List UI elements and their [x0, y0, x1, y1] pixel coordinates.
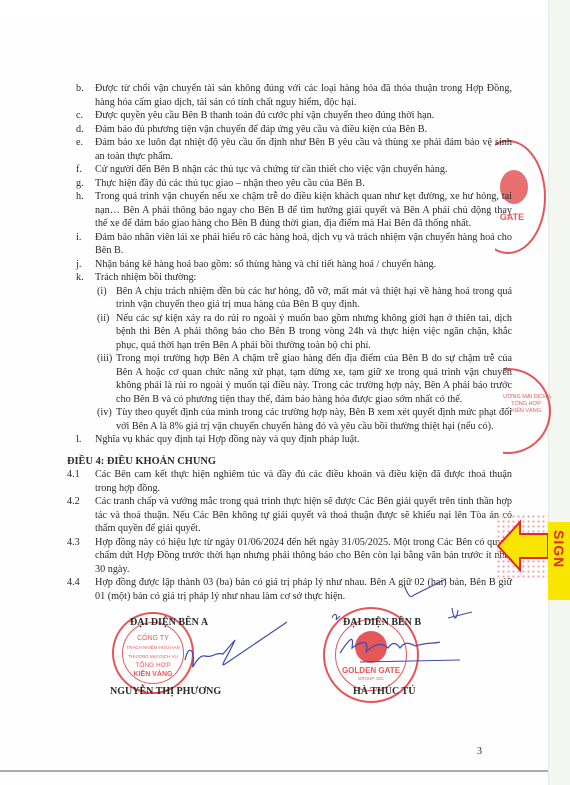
- item-label: (iii): [97, 352, 116, 406]
- clause-item: 4.3Hợp đồng này có hiệu lực từ ngày 01/0…: [67, 536, 512, 577]
- sign-here-tab[interactable]: SIGN: [548, 522, 570, 600]
- item-text: Hợp đồng này có hiệu lực từ ngày 01/06/2…: [95, 536, 512, 577]
- list-item: f.Cử người đến Bên B nhận các thủ tục và…: [76, 163, 512, 177]
- item-label: (iv): [97, 406, 116, 433]
- compensation-item: (ii)Nếu các sự kiện xảy ra do rủi ro ngo…: [97, 312, 512, 353]
- compensation-item: (iii)Trong mọi trường hợp Bên A chậm trễ…: [97, 352, 512, 406]
- item-label: 4.3: [67, 536, 95, 577]
- compensation-list: (i)Bên A chịu trách nhiệm đền bù các hư …: [76, 285, 512, 434]
- signature-party-b: [330, 598, 480, 678]
- item-text: Các Bên cam kết thực hiện nghiêm túc và …: [95, 468, 512, 495]
- item-label: e.: [76, 136, 95, 163]
- item-label: b.: [76, 82, 95, 109]
- item-label: g.: [76, 177, 95, 191]
- item-text: Được quyền yêu cầu Bên B thanh toán đủ c…: [95, 109, 512, 123]
- item-text: Trách nhiệm bồi thường:: [95, 271, 512, 285]
- item-label: 4.1: [67, 468, 95, 495]
- item-label: c.: [76, 109, 95, 123]
- item-label: h.: [76, 190, 95, 231]
- item-label: 4.4: [67, 576, 95, 603]
- scan-margin: [0, 0, 570, 40]
- item-text: Tùy theo quyết định của mình trong các t…: [116, 406, 512, 433]
- item-label: 4.2: [67, 495, 95, 536]
- signature-party-a: [175, 612, 295, 687]
- list-item: c.Được quyền yêu cầu Bên B thanh toán đủ…: [76, 109, 512, 123]
- item-label: d.: [76, 123, 95, 137]
- item-text: Bên A chịu trách nhiệm đền bù các hư hỏn…: [116, 285, 512, 312]
- list-item: b.Được từ chối vận chuyển tài sản không …: [76, 82, 512, 109]
- item-label: i.: [76, 231, 95, 258]
- list-item: l. Nghĩa vụ khác quy định tại Hợp đồng n…: [76, 433, 512, 447]
- item-label: j.: [76, 258, 95, 272]
- item-text: Đảm bảo nhân viên lái xe phải hiểu rõ cá…: [95, 231, 512, 258]
- item-text: Thực hiện đầy đủ các thủ tục giao – nhận…: [95, 177, 512, 191]
- item-text: Nếu các sự kiện xảy ra do rủi ro ngoài ý…: [116, 312, 512, 353]
- arrow-left-icon: [496, 514, 548, 578]
- clause-item: 4.2Các tranh chấp và vướng mắc trong quá…: [67, 495, 512, 536]
- compensation-item: (i)Bên A chịu trách nhiệm đền bù các hư …: [97, 285, 512, 312]
- item-label: k.: [76, 271, 95, 285]
- initial-mark: [400, 575, 450, 605]
- item-label: l.: [76, 433, 95, 447]
- page-edge: [548, 0, 570, 785]
- item-text: Nhận bảng kê hàng hoá bao gồm: số thùng …: [95, 258, 512, 272]
- contract-body: b.Được từ chối vận chuyển tài sản không …: [76, 82, 512, 603]
- item-text: Đảm bảo đủ phương tiện vận chuyển để đáp…: [95, 123, 512, 137]
- list-item: j.Nhận bảng kê hàng hoá bao gồm: số thùn…: [76, 258, 512, 272]
- item-label: f.: [76, 163, 95, 177]
- item-label: (ii): [97, 312, 116, 353]
- list-item: e.Đảm bảo xe luôn đạt nhiệt độ yêu cầu ổ…: [76, 136, 512, 163]
- sign-here-arrow-area: [496, 514, 548, 578]
- list-item: k.Trách nhiệm bồi thường:: [76, 271, 512, 285]
- clause-item: 4.1Các Bên cam kết thực hiện nghiêm túc …: [67, 468, 512, 495]
- sign-tab-label: SIGN: [551, 530, 567, 568]
- item-label: (i): [97, 285, 116, 312]
- list-item: i.Đảm bảo nhân viên lái xe phải hiểu rõ …: [76, 231, 512, 258]
- party-a-name: NGUYỄN THỊ PHƯƠNG: [110, 686, 221, 697]
- compensation-item: (iv)Tùy theo quyết định của mình trong c…: [97, 406, 512, 433]
- party-b-name: HÀ THÚC TÚ: [353, 686, 415, 697]
- obligations-list: b.Được từ chối vận chuyển tài sản không …: [76, 82, 512, 285]
- item-text: Trong mọi trường hợp Bên A chậm trễ giao…: [116, 352, 512, 406]
- list-item: d.Đảm bảo đủ phương tiện vận chuyển để đ…: [76, 123, 512, 137]
- list-item: h.Trong quá trình vận chuyển nếu xe chậm…: [76, 190, 512, 231]
- item-text: Nghĩa vụ khác quy định tại Hợp đồng này …: [95, 433, 512, 447]
- item-text: Các tranh chấp và vướng mắc trong quá tr…: [95, 495, 512, 536]
- page-bottom-edge: [0, 770, 548, 772]
- page-number: 3: [477, 746, 482, 757]
- item-text: Đảm bảo xe luôn đạt nhiệt độ yêu cầu ổn …: [95, 136, 512, 163]
- article-4-heading: ĐIỀU 4: ĐIỀU KHOẢN CHUNG: [67, 455, 512, 469]
- item-text: Cử người đến Bên B nhận các thủ tục và c…: [95, 163, 512, 177]
- item-text: Trong quá trình vận chuyển nếu xe chậm t…: [95, 190, 512, 231]
- list-item: g.Thực hiện đầy đủ các thủ tục giao – nh…: [76, 177, 512, 191]
- item-text: Được từ chối vận chuyển tài sản không đú…: [95, 82, 512, 109]
